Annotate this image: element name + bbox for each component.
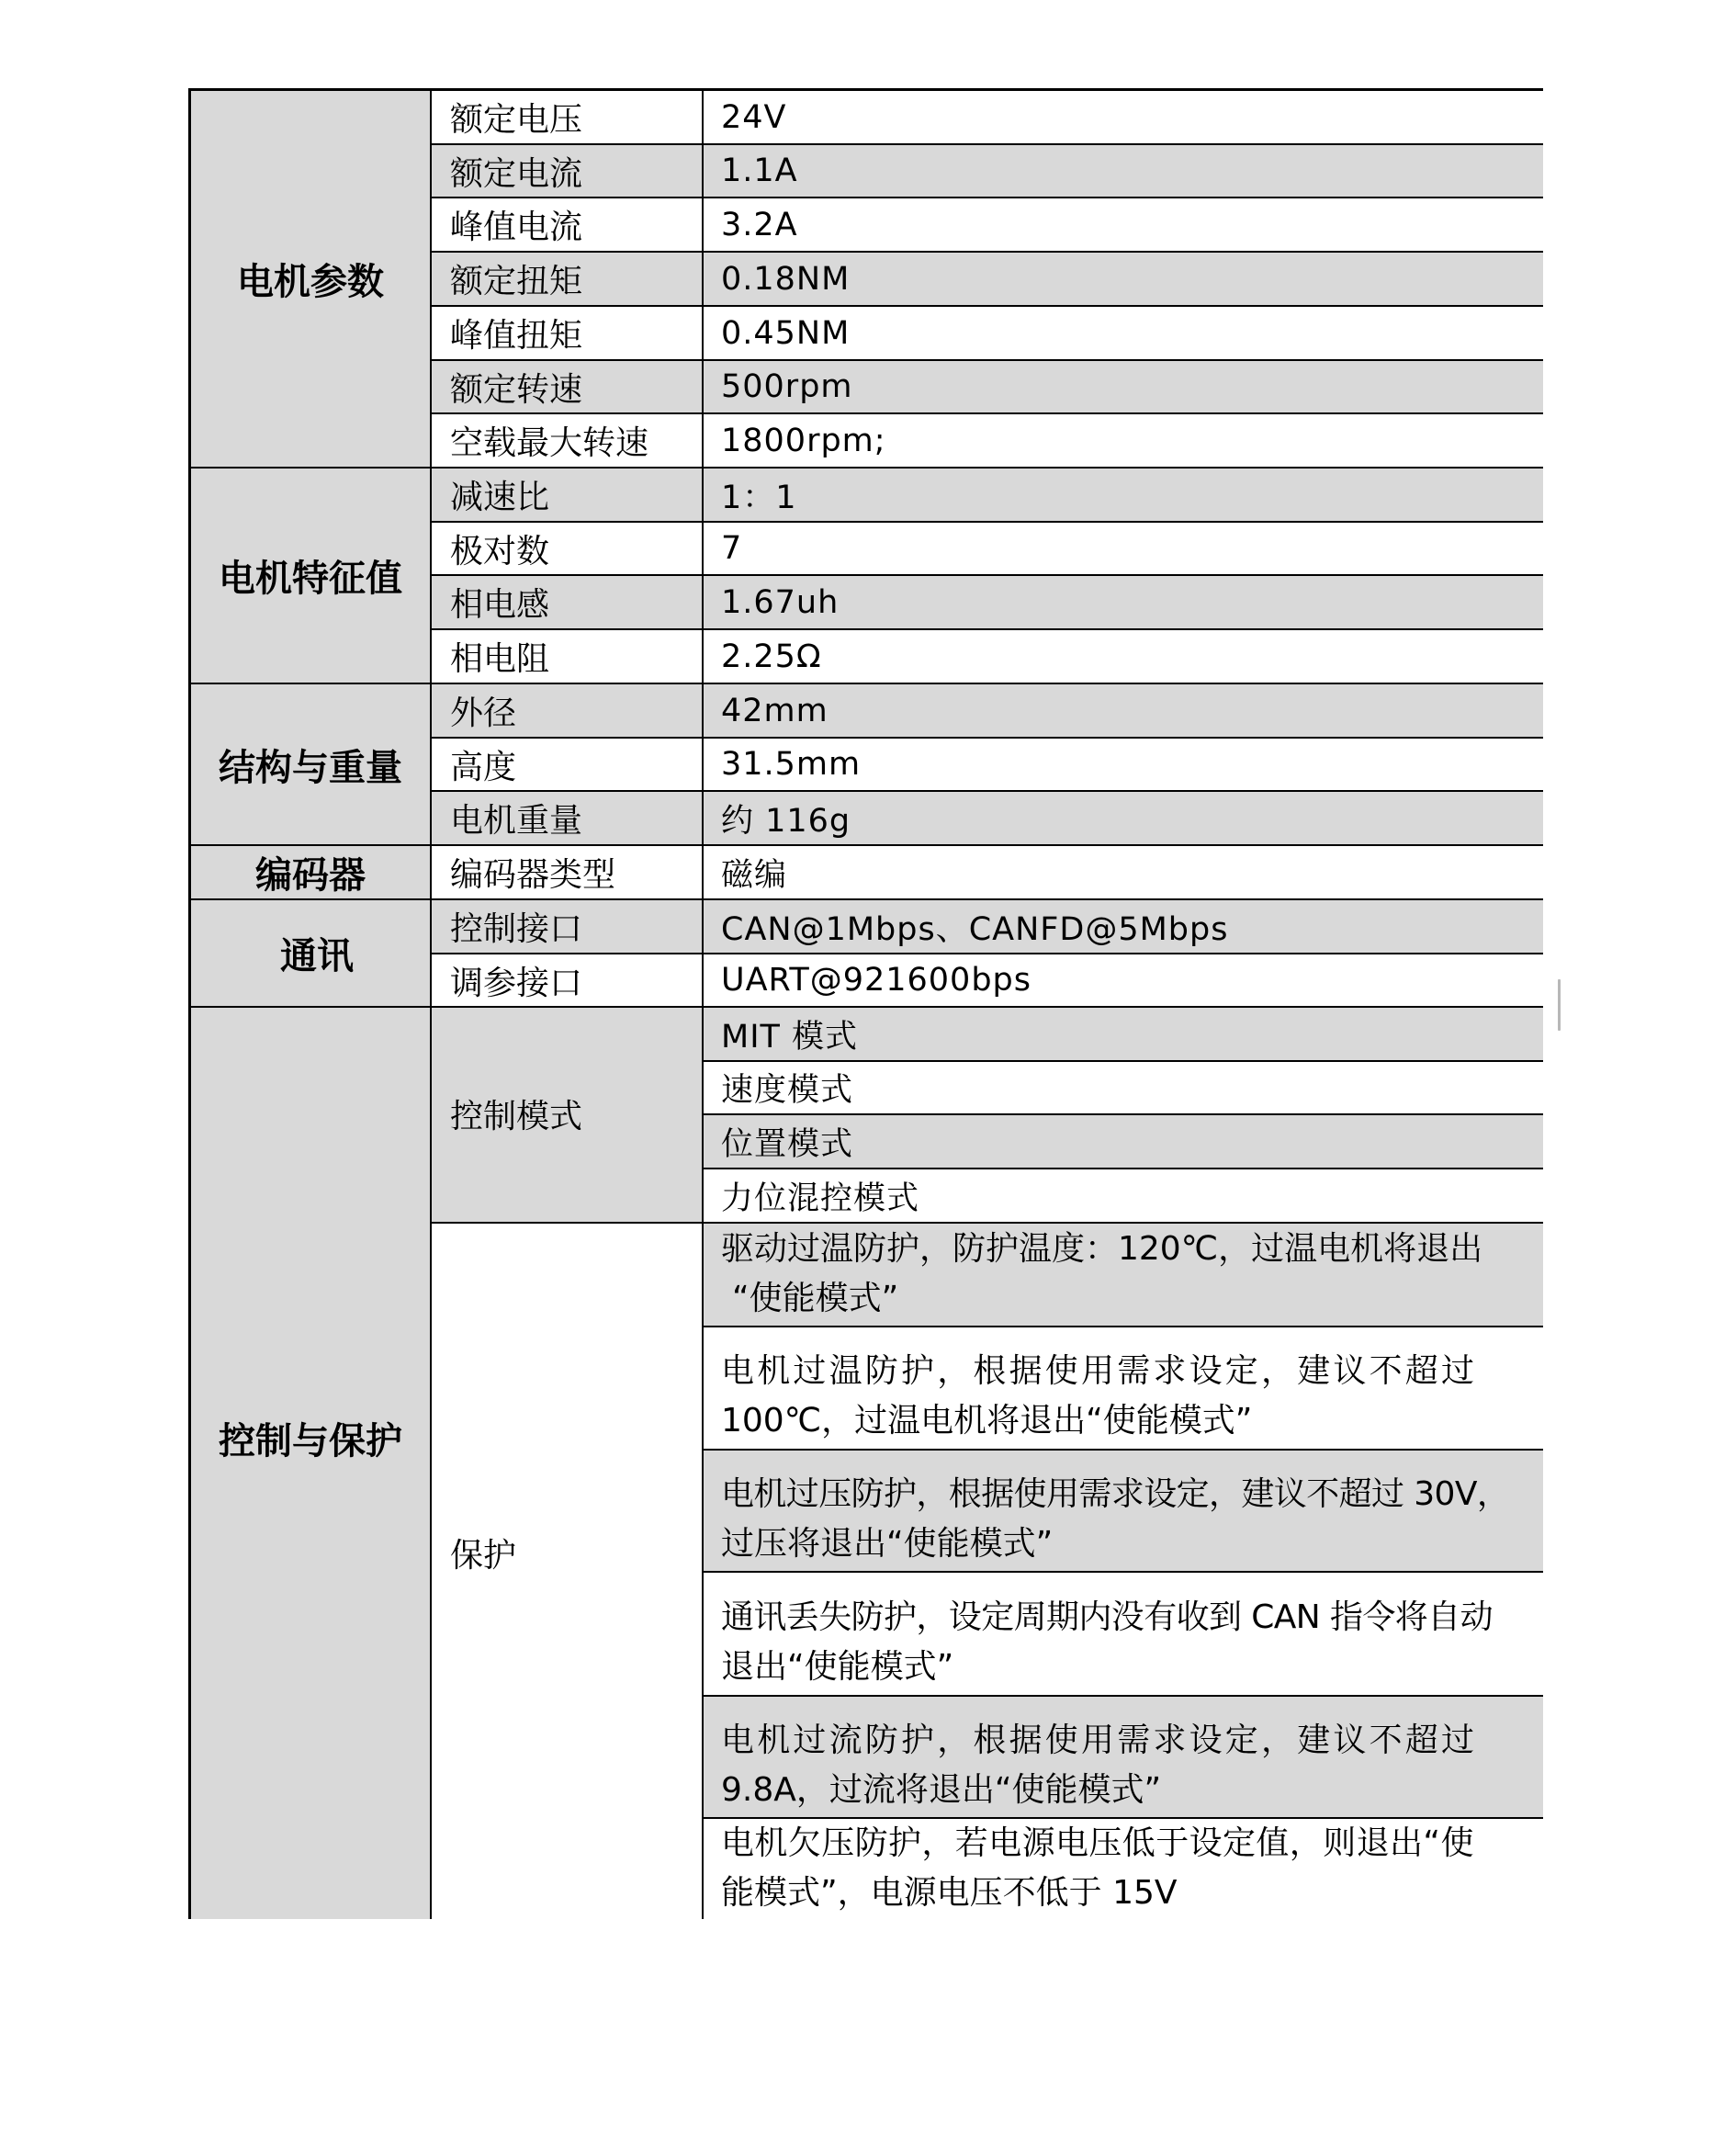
control-mode-value: 速度模式 xyxy=(704,1062,1543,1115)
param-label: 减速比 xyxy=(432,469,704,523)
protection-line: 过压将退出“使能模式” xyxy=(721,1519,1530,1569)
param-label: 编码器类型 xyxy=(432,846,704,900)
text-cursor-mark xyxy=(1558,979,1561,1031)
protection-item: 通讯丢失防护，设定周期内没有收到 CAN 指令将自动 退出“使能模式” xyxy=(704,1573,1543,1697)
protection-line: 100℃，过温电机将退出“使能模式” xyxy=(721,1396,1530,1446)
control-mode-value: 力位混控模式 xyxy=(704,1169,1543,1224)
param-label: 额定转速 xyxy=(432,361,704,414)
param-value: 1：1 xyxy=(704,469,1543,523)
param-label: 相电阻 xyxy=(432,630,704,684)
protection-line: 电机过流防护，根据使用需求设定，建议不超过 xyxy=(721,1716,1530,1766)
param-label: 控制接口 xyxy=(432,900,704,954)
param-value: CAN@1Mbps、CANFD@5Mbps xyxy=(704,900,1543,954)
group-label-control-protection: 控制与保护 xyxy=(191,1008,432,1919)
param-label: 调参接口 xyxy=(432,954,704,1008)
protection-line: “使能模式” xyxy=(721,1274,1530,1324)
param-value: 0.18NM xyxy=(704,253,1543,307)
param-value: 磁编 xyxy=(704,846,1543,900)
param-label: 峰值扭矩 xyxy=(432,307,704,361)
protection-line: 能模式”，电源电压不低于 15V xyxy=(721,1869,1530,1918)
param-label: 空载最大转速 xyxy=(432,414,704,469)
param-value: 42mm xyxy=(704,684,1543,739)
param-label: 额定电压 xyxy=(432,91,704,145)
param-value: 1800rpm; xyxy=(704,414,1543,469)
group-label-motor-params: 电机参数 xyxy=(191,91,432,469)
param-value: 3.2A xyxy=(704,198,1543,253)
param-value: 7 xyxy=(704,523,1543,576)
protection-item: 电机过压防护，根据使用需求设定，建议不超过 30V， 过压将退出“使能模式” xyxy=(704,1451,1543,1573)
param-value: 2.25Ω xyxy=(704,630,1543,684)
param-label: 峰值电流 xyxy=(432,198,704,253)
param-value: 24V xyxy=(704,91,1543,145)
param-value: 500rpm xyxy=(704,361,1543,414)
param-label: 高度 xyxy=(432,739,704,792)
group-label-encoder: 编码器 xyxy=(191,846,432,900)
protection-line: 电机过温防护，根据使用需求设定，建议不超过 xyxy=(721,1347,1530,1396)
protection-item: 电机过温防护，根据使用需求设定，建议不超过 100℃，过温电机将退出“使能模式” xyxy=(704,1327,1543,1451)
control-mode-value: 位置模式 xyxy=(704,1115,1543,1169)
param-label-protection: 保护 xyxy=(432,1224,704,1919)
protection-line: 退出“使能模式” xyxy=(721,1643,1530,1692)
param-value: 0.45NM xyxy=(704,307,1543,361)
protection-line: 电机欠压防护，若电源电压低于设定值，则退出“使 xyxy=(721,1819,1530,1869)
protection-line: 驱动过温防护，防护温度：120℃，过温电机将退出 xyxy=(721,1225,1530,1274)
protection-line: 电机过压防护，根据使用需求设定，建议不超过 30V， xyxy=(721,1470,1530,1519)
param-label: 极对数 xyxy=(432,523,704,576)
param-label-control-mode: 控制模式 xyxy=(432,1008,704,1224)
param-value: 约 116g xyxy=(704,792,1543,846)
protection-line: 通讯丢失防护，设定周期内没有收到 CAN 指令将自动 xyxy=(721,1593,1530,1643)
protection-item: 驱动过温防护，防护温度：120℃，过温电机将退出 “使能模式” xyxy=(704,1224,1543,1327)
param-value: 31.5mm xyxy=(704,739,1543,792)
param-label: 外径 xyxy=(432,684,704,739)
group-label-communication: 通讯 xyxy=(191,900,432,1008)
param-value: UART@921600bps xyxy=(704,954,1543,1008)
param-label: 相电感 xyxy=(432,576,704,630)
protection-item: 电机过流防护，根据使用需求设定，建议不超过 9.8A，过流将退出“使能模式” xyxy=(704,1697,1543,1819)
control-mode-value: MIT 模式 xyxy=(704,1008,1543,1062)
group-label-structure-weight: 结构与重量 xyxy=(191,684,432,846)
group-label-motor-characteristics: 电机特征值 xyxy=(191,469,432,684)
param-label: 电机重量 xyxy=(432,792,704,846)
protection-item: 电机欠压防护，若电源电压低于设定值，则退出“使 能模式”，电源电压不低于 15V xyxy=(704,1819,1543,1919)
param-value: 1.1A xyxy=(704,145,1543,198)
param-value: 1.67uh xyxy=(704,576,1543,630)
protection-line: 9.8A，过流将退出“使能模式” xyxy=(721,1766,1530,1815)
param-label: 额定扭矩 xyxy=(432,253,704,307)
spec-table: 电机参数 额定电压 24V 额定电流 1.1A 峰值电流 3.2A 额定扭矩 0… xyxy=(188,88,1543,1919)
param-label: 额定电流 xyxy=(432,145,704,198)
